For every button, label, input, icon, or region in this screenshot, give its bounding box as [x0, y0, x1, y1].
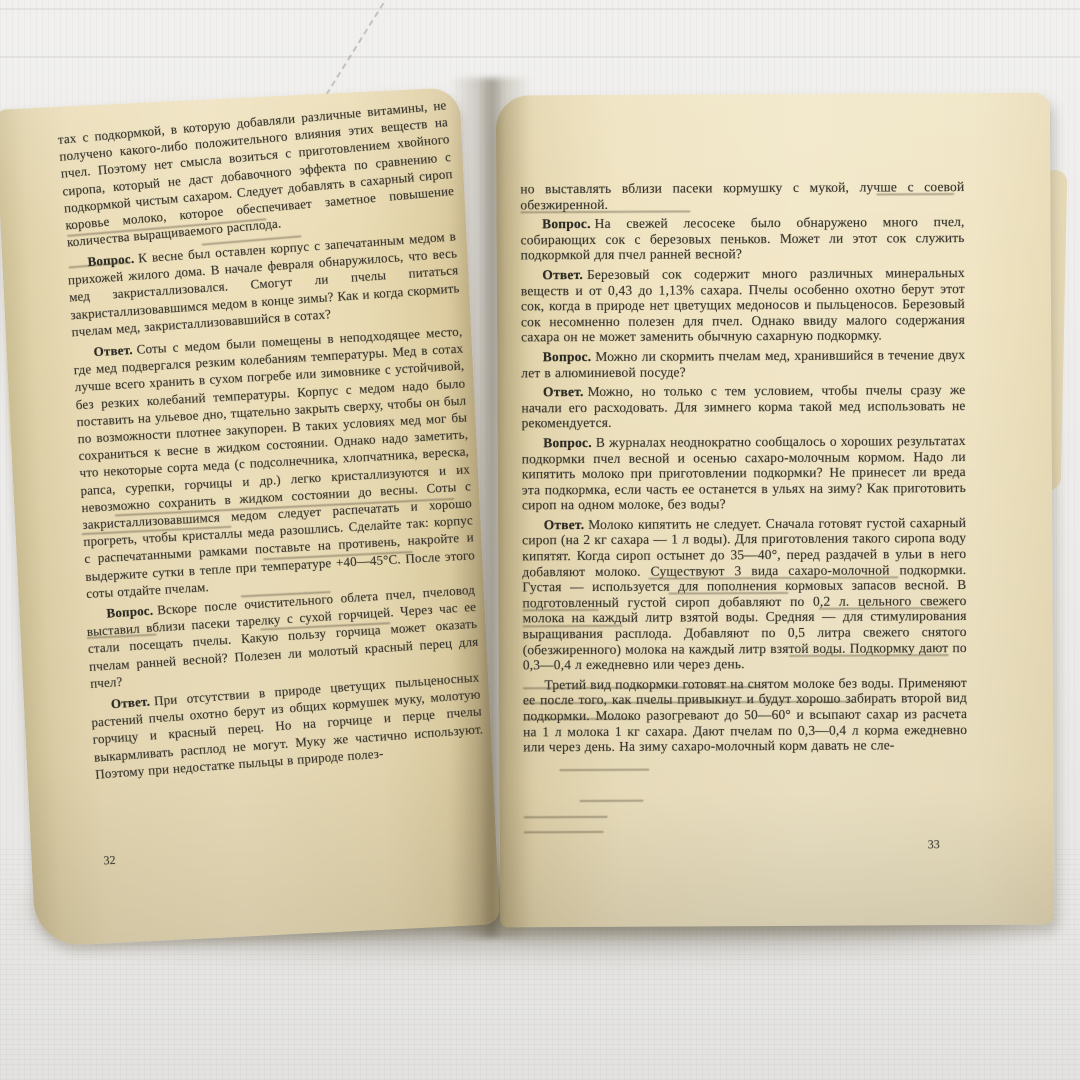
qa-label: Вопрос.: [543, 349, 592, 364]
paragraph: Ответ.Молоко кипятить не следует. Сначал…: [522, 515, 967, 673]
paragraph: тах с подкормкой, в которую добавляли ра…: [57, 96, 456, 251]
page-number-left: 32: [103, 853, 116, 869]
page-number-right: 33: [928, 837, 940, 852]
paragraph-text: тах с подкормкой, в которую добавляли ра…: [57, 97, 454, 249]
paragraph-text: но выставлять вблизи пасеки кормушку с м…: [520, 179, 964, 212]
paragraph-text: Молоко кипятить не следует. Сначала гото…: [522, 515, 967, 673]
paragraph: Ответ.Березовый сок содержит много разли…: [521, 265, 965, 345]
pencil-underline: [524, 816, 608, 818]
qa-label: Ответ.: [110, 693, 150, 711]
book-page-right: но выставлять вблизи пасеки кормушку с м…: [496, 93, 1054, 928]
paragraph: Вопрос.Можно ли скормить пчелам мед, хра…: [521, 347, 965, 381]
qa-label: Ответ.: [543, 384, 584, 399]
qa-label: Ответ.: [542, 267, 583, 282]
qa-label: Ответ.: [544, 517, 585, 532]
paragraph-text: Березовый сок содержит много различных м…: [521, 265, 965, 345]
book-page-left: тах с подкормкой, в которую добавляли ра…: [0, 87, 500, 947]
qa-label: Ответ.: [93, 342, 133, 359]
paragraph: Третий вид подкормки готовят на снятом м…: [523, 675, 967, 755]
paragraph-text: Можно, но только с тем условием, чтобы п…: [521, 382, 965, 431]
qa-label: Вопрос.: [543, 435, 592, 450]
photo-background: тах с подкормкой, в которую добавляли ра…: [0, 0, 1080, 1080]
pencil-underline: [559, 769, 649, 771]
pencil-underline: [580, 800, 644, 802]
paragraph: но выставлять вблизи пасеки кормушку с м…: [520, 179, 964, 213]
paragraph: Вопрос.На свежей лесосеке было обнаружен…: [520, 214, 964, 263]
qa-label: Вопрос.: [106, 603, 154, 621]
paragraph: Ответ.Соты с медом были помещены в непод…: [72, 323, 476, 602]
pencil-underline: [524, 831, 604, 833]
paragraph-text: Соты с медом были помещены в неподходяще…: [73, 324, 475, 601]
open-book: тах с подкормкой, в которую добавляли ра…: [0, 0, 1080, 1080]
qa-label: Вопрос.: [87, 251, 135, 269]
paragraph: Вопрос.В журналах неоднократно сообщалос…: [522, 433, 966, 513]
left-page-text: тах с подкормкой, в которую добавляли ра…: [62, 112, 483, 783]
qa-label: Вопрос.: [542, 216, 591, 231]
paragraph-text: Третий вид подкормки готовят на снятом м…: [523, 675, 967, 755]
right-page-text: но выставлять вблизи пасеки кормушку с м…: [520, 179, 967, 755]
paragraph: Ответ.Можно, но только с тем условием, ч…: [521, 382, 965, 431]
